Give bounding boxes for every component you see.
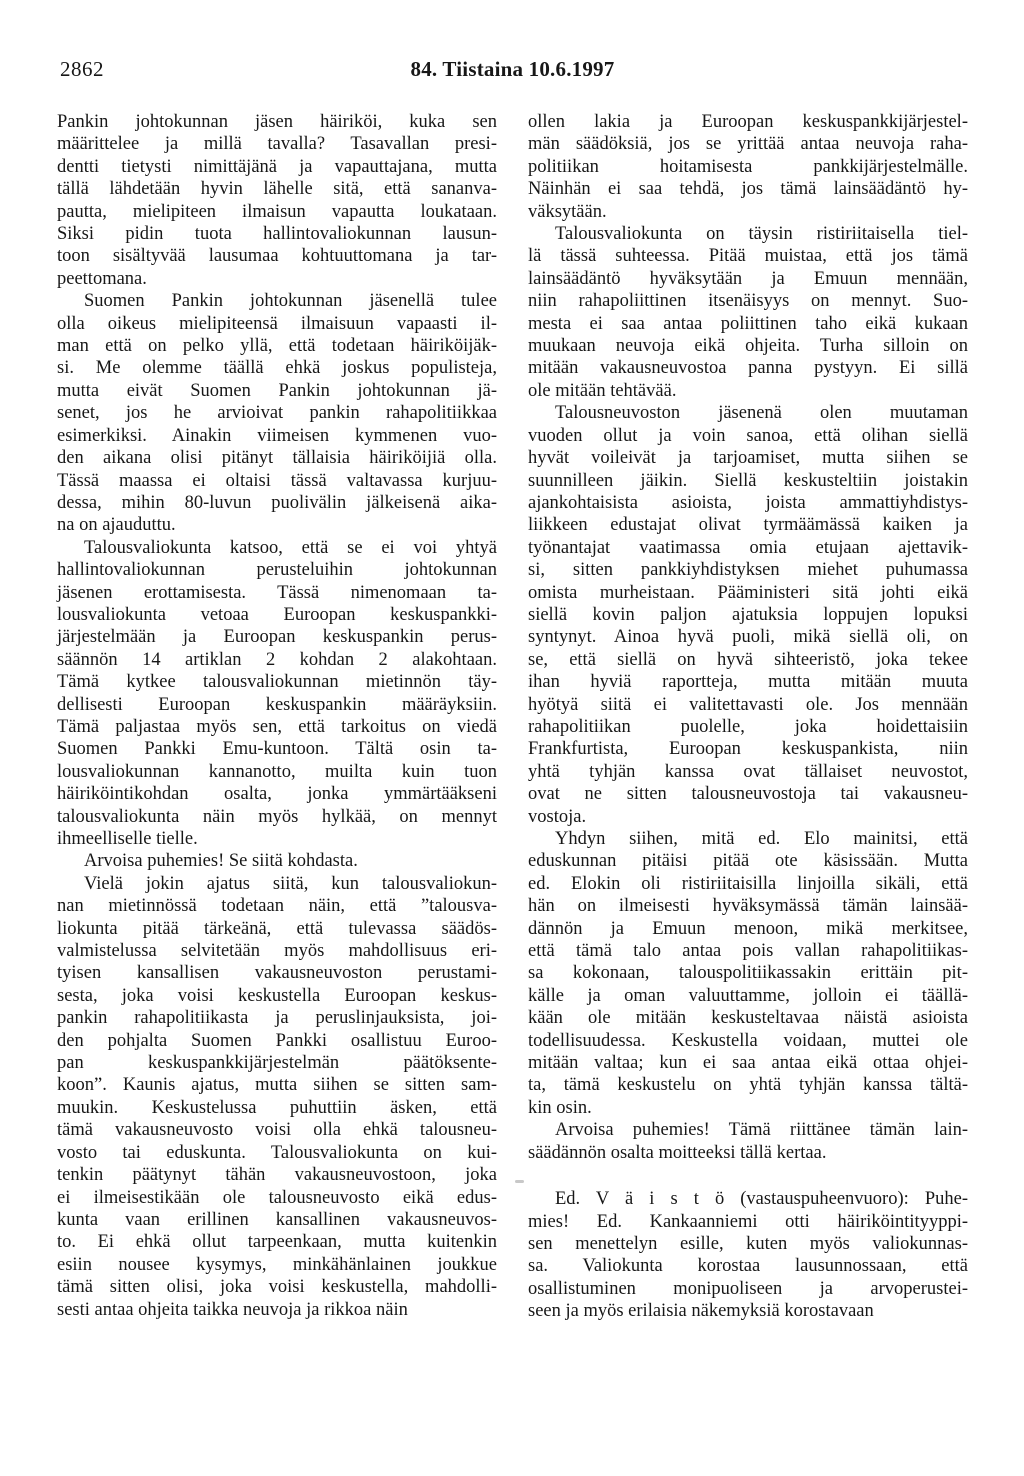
text-line: eduskunnan pitäisi pitää ote käsissään. …: [528, 850, 968, 872]
text-line: Pankin johtokunnan jäsen häiriköi, kuka …: [57, 111, 497, 133]
text-line: esimerkiksi. Ainakin viimeisen kymmenen …: [57, 425, 497, 447]
text-columns: Pankin johtokunnan jäsen häiriköi, kuka …: [57, 111, 968, 1323]
text-line: liokunta pitää tärkeänä, että tulevassa …: [57, 918, 497, 940]
text-line: pautta, mielipiteen ilmaisun vapautta lo…: [57, 201, 497, 223]
paragraph: Vielä jokin ajatus siitä, kun talousvali…: [57, 873, 497, 1321]
text-line: lousvaliokunnan kannanotto, muilta kuin …: [57, 761, 497, 783]
text-line: määrittelee ja millä tavalla? Tasavallan…: [57, 133, 497, 155]
text-line: si, sitten pankkiyhdistyksen miehet puhu…: [528, 559, 968, 581]
text-line: ole mitään tehtävää.: [528, 380, 968, 402]
text-line: muukin. Keskustelussa puhuttiin äsken, e…: [57, 1097, 497, 1119]
text-line: rahapolitiikan puolelle, joka hoidettais…: [528, 716, 968, 738]
text-line: toon sisältyvää lausumaa kohtuuttomana j…: [57, 245, 497, 267]
text-line: den aikana olisi pitänyt tällaisia häiri…: [57, 447, 497, 469]
text-line: niin rahapoliittinen itsenäisyys on menn…: [528, 290, 968, 312]
text-line: lainsäädäntö hyväksytään ja Emuun mennää…: [528, 268, 968, 290]
text-line: Talousneuvoston jäsenenä olen muutaman: [528, 402, 968, 424]
text-line: talousvaliokunta näin myös hylkää, on me…: [57, 806, 497, 828]
paragraph: Talousneuvoston jäsenenä olen muutamanvu…: [528, 402, 968, 828]
text-line: ovat ne sitten talousneuvostoja tai vaka…: [528, 783, 968, 805]
text-line: Tämä paljastaa myös sen, että tarkoitus …: [57, 716, 497, 738]
text-line: män säädöksiä, jos se yrittää antaa neuv…: [528, 133, 968, 155]
text-line: Frankfurtista, Euroopan keskuspankista, …: [528, 738, 968, 760]
text-line: Talousvaliokunta katsoo, että se ei voi …: [57, 537, 497, 559]
text-line: kin osin.: [528, 1097, 968, 1119]
text-line: järjestelmään ja Euroopan keskuspankin p…: [57, 626, 497, 648]
text-line: hän on ilmeisesti hyväksymässä tämän lai…: [528, 895, 968, 917]
text-line: tämä vakausneuvosto voisi olla ehkä talo…: [57, 1119, 497, 1141]
text-line: hallintovaliokunnan perusteluihin johtok…: [57, 559, 497, 581]
text-line: säännön 14 artiklan 2 kohdan 2 alakohtaa…: [57, 649, 497, 671]
text-line: ollen lakia ja Euroopan keskuspankkijärj…: [528, 111, 968, 133]
text-line: peettomana.: [57, 268, 497, 290]
text-line: man että on pelko yllä, että todetaan hä…: [57, 335, 497, 357]
text-line: se, että siellä on hyvä sihteeristö, jok…: [528, 649, 968, 671]
text-line: mitään vakausneuvostoa panna pystyyn. Ei…: [528, 357, 968, 379]
text-line: dellisesti Euroopan keskuspankin määräyk…: [57, 694, 497, 716]
text-line: osallistuminen monipuoliseen ja arvoperu…: [528, 1278, 968, 1300]
text-line: Siksi pidin tuota hallintovaliokunnan la…: [57, 223, 497, 245]
text-column-right: ollen lakia ja Euroopan keskuspankkijärj…: [528, 111, 968, 1323]
text-line: yhtä tyhjän kanssa ovat tällaiset neuvos…: [528, 761, 968, 783]
text-line: omista murheistaan. Pääministeri sitä jo…: [528, 582, 968, 604]
text-line: sen menettelyn esille, kuten myös valiok…: [528, 1233, 968, 1255]
scan-speck: [515, 1180, 524, 1183]
text-line: mitään valtaa; kun ei saa antaa eikä ott…: [528, 1052, 968, 1074]
text-line: häiriköintikohdan osalta, jonka ymmärtää…: [57, 783, 497, 805]
text-line: kunta vaan erillinen kansallinen vakausn…: [57, 1209, 497, 1231]
text-line: sa. Valiokunta korostaa lausunnossaan, e…: [528, 1255, 968, 1277]
document-page: 2862 84. Tiistaina 10.6.1997 Pankin joht…: [0, 0, 1024, 1476]
text-line: valmistelussa selvitetään myös mahdollis…: [57, 940, 497, 962]
text-line: liikkeen edustajat olivat tyrmäämässä ka…: [528, 514, 968, 536]
text-line: ed. Elokin oli ristiriitaisilla linjoill…: [528, 873, 968, 895]
text-line: källe ja oman valuuttamme, jolloin ei tä…: [528, 985, 968, 1007]
text-line: Ed. V ä i s t ö (vastauspuheenvuoro): Pu…: [528, 1188, 968, 1210]
header-title: 84. Tiistaina 10.6.1997: [57, 56, 968, 82]
text-line: dännön ja Emuun menoon, mikä merkitsee,: [528, 918, 968, 940]
paragraph: Talousvaliokunta katsoo, että se ei voi …: [57, 537, 497, 851]
text-line: ihmeelliselle tielle.: [57, 828, 497, 850]
text-line: nan mietinnössä todetaan näin, että ”tal…: [57, 895, 497, 917]
text-line: Tämä kytkee talousvaliokunnan mietinnön …: [57, 671, 497, 693]
text-line: vuoden ollut ja voin sanoa, että olihan …: [528, 425, 968, 447]
text-line: jäsenen erottamisesta. Tässä nimenomaan …: [57, 582, 497, 604]
paragraph: Suomen Pankin johtokunnan jäsenellä tule…: [57, 290, 497, 536]
text-line: tällä lähdetään hyvin lähelle sitä, että…: [57, 178, 497, 200]
text-line: mies! Ed. Kankaanniemi otti häiriköintit…: [528, 1211, 968, 1233]
paragraph: Arvoisa puhemies! Se siitä kohdasta.: [57, 850, 497, 872]
text-line: mesta ei saa antaa poliittinen taho eikä…: [528, 313, 968, 335]
text-column-left: Pankin johtokunnan jäsen häiriköi, kuka …: [57, 111, 497, 1323]
text-line: suunnilleen jäikin. Siellä keskusteltiin…: [528, 470, 968, 492]
text-line: ajankohtaisista asioista, joista ammatti…: [528, 492, 968, 514]
text-line: to. Ei ehkä ollut tarpeenkaan, mutta kui…: [57, 1231, 497, 1253]
text-line: si. Me olemme täällä ehkä joskus populis…: [57, 357, 497, 379]
paragraph: Pankin johtokunnan jäsen häiriköi, kuka …: [57, 111, 497, 290]
text-line: koon”. Kaunis ajatus, mutta siihen se si…: [57, 1074, 497, 1096]
text-line: Suomen Pankki Emu-kuntoon. Tältä osin ta…: [57, 738, 497, 760]
text-line: dentti tietysti nimittäjänä ja vapauttaj…: [57, 156, 497, 178]
paragraph: ollen lakia ja Euroopan keskuspankkijärj…: [528, 111, 968, 223]
text-line: olla oikeus mielipiteensä ilmaisuun vapa…: [57, 313, 497, 335]
text-line: dessa, mihin 80-luvun puolivälin jälkeis…: [57, 492, 497, 514]
text-line: Näinhän ei saa tehdä, jos tämä lainsäädä…: [528, 178, 968, 200]
text-line: tämä sitten olisi, joka voisi keskustell…: [57, 1276, 497, 1298]
text-line: syntynyt. Ainoa hyvä puoli, mikä siellä …: [528, 626, 968, 648]
text-line: väksytään.: [528, 201, 968, 223]
text-line: den pohjalta Suomen Pankki osallistuu Eu…: [57, 1030, 497, 1052]
text-line: Arvoisa puhemies! Se siitä kohdasta.: [57, 850, 497, 872]
text-line: vosto tai eduskunta. Talousvaliokunta on…: [57, 1142, 497, 1164]
text-line: pan keskuspankkijärjestelmän päätöksente…: [57, 1052, 497, 1074]
text-line: siellä kovin paljon ajatuksia loppujen l…: [528, 604, 968, 626]
text-line: vostoja.: [528, 806, 968, 828]
text-line: ta, tämä keskustelu on yhtä tyhjän kanss…: [528, 1074, 968, 1096]
text-line: ei ilmeisestikään ole talousneuvosto eik…: [57, 1187, 497, 1209]
text-line: Suomen Pankin johtokunnan jäsenellä tule…: [57, 290, 497, 312]
text-line: Arvoisa puhemies! Tämä riittänee tämän l…: [528, 1119, 968, 1141]
text-line: sesti antaa ohjeita taikka neuvoja ja ri…: [57, 1299, 497, 1321]
text-line: na on ajauduttu.: [57, 514, 497, 536]
page-header: 2862 84. Tiistaina 10.6.1997: [57, 56, 968, 82]
text-line: todellisuudessa. Keskustella voidaan, mu…: [528, 1030, 968, 1052]
text-line: Yhdyn siihen, mitä ed. Elo mainitsi, ett…: [528, 828, 968, 850]
text-line: sesta, joka voisi keskustella Euroopan k…: [57, 985, 497, 1007]
text-line: muukaan neuvoja eikä ohjeita. Turha sill…: [528, 335, 968, 357]
text-line: tyisen kansallisen vakausneuvoston perus…: [57, 962, 497, 984]
text-line: ihan hyviä raportteja, mutta mitään muut…: [528, 671, 968, 693]
text-line: hyvät voileivät ja tarjoamiset, mutta si…: [528, 447, 968, 469]
text-line: työnantajat vaatimassa omia etujaan ajet…: [528, 537, 968, 559]
text-line: että tämä talo antaa pois vallan rahapol…: [528, 940, 968, 962]
paragraph: Ed. V ä i s t ö (vastauspuheenvuoro): Pu…: [528, 1188, 968, 1322]
text-line: pankin rahapolitiikasta ja peruslinjauks…: [57, 1007, 497, 1029]
text-line: tenkin päätynyt tähän vakausneuvostoon, …: [57, 1164, 497, 1186]
text-line: säädännön osalta moitteeksi tällä kertaa…: [528, 1142, 968, 1164]
text-line: politiikan hoitamisesta pankkijärjestelm…: [528, 156, 968, 178]
paragraph: Yhdyn siihen, mitä ed. Elo mainitsi, ett…: [528, 828, 968, 1119]
text-line: seen ja myös erilaisia näkemyksiä korost…: [528, 1300, 968, 1322]
text-line: Tässä maassa ei oltaisi tässä valtavassa…: [57, 470, 497, 492]
text-line: lä tässä suhteessa. Pitää muistaa, että …: [528, 245, 968, 267]
text-line: Vielä jokin ajatus siitä, kun talousvali…: [57, 873, 497, 895]
text-line: lousvaliokunta vetoaa Euroopan keskuspan…: [57, 604, 497, 626]
text-line: senet, jos he arvioivat pankin rahapolit…: [57, 402, 497, 424]
text-line: kään ole mitään keskusteltavaa näistä as…: [528, 1007, 968, 1029]
text-line: hyötyä siitä ei valitettavasti ole. Jos …: [528, 694, 968, 716]
text-line: sa kokonaan, talouspolitiikassakin eritt…: [528, 962, 968, 984]
paragraph: Arvoisa puhemies! Tämä riittänee tämän l…: [528, 1119, 968, 1164]
paragraph: Talousvaliokunta on täysin ristiriitaise…: [528, 223, 968, 402]
text-line: esiin nousee kysymys, minkähänlainen jou…: [57, 1254, 497, 1276]
text-line: mutta eivät Suomen Pankin johtokunnan jä…: [57, 380, 497, 402]
text-line: Talousvaliokunta on täysin ristiriitaise…: [528, 223, 968, 245]
